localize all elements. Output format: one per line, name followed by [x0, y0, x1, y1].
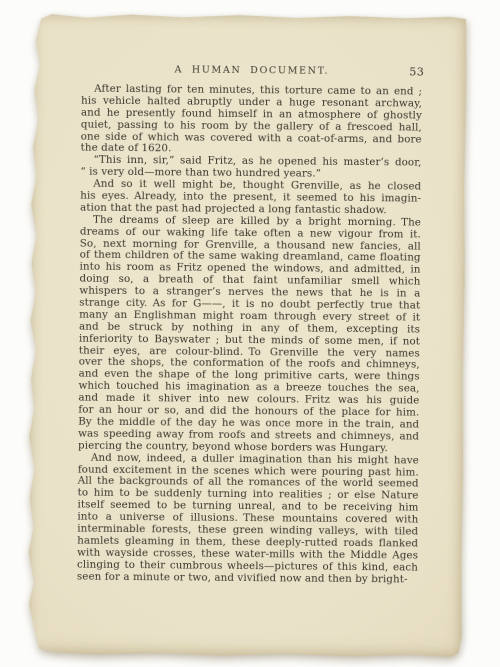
page-number: 53 — [409, 65, 424, 78]
book-page: A HUMAN DOCUMENT. 53 After lasting for t… — [24, 12, 468, 659]
page-content: A HUMAN DOCUMENT. 53 After lasting for t… — [77, 63, 423, 586]
body-text: After lasting for ten minutes, this tort… — [77, 84, 422, 586]
page-title: A HUMAN DOCUMENT. — [81, 63, 422, 79]
text-line: seen for a minute or two, and vivified n… — [77, 571, 418, 586]
book-page-wrap: A HUMAN DOCUMENT. 53 After lasting for t… — [24, 12, 468, 659]
running-header: A HUMAN DOCUMENT. 53 — [81, 63, 422, 81]
photo-background: A HUMAN DOCUMENT. 53 After lasting for t… — [0, 0, 500, 667]
